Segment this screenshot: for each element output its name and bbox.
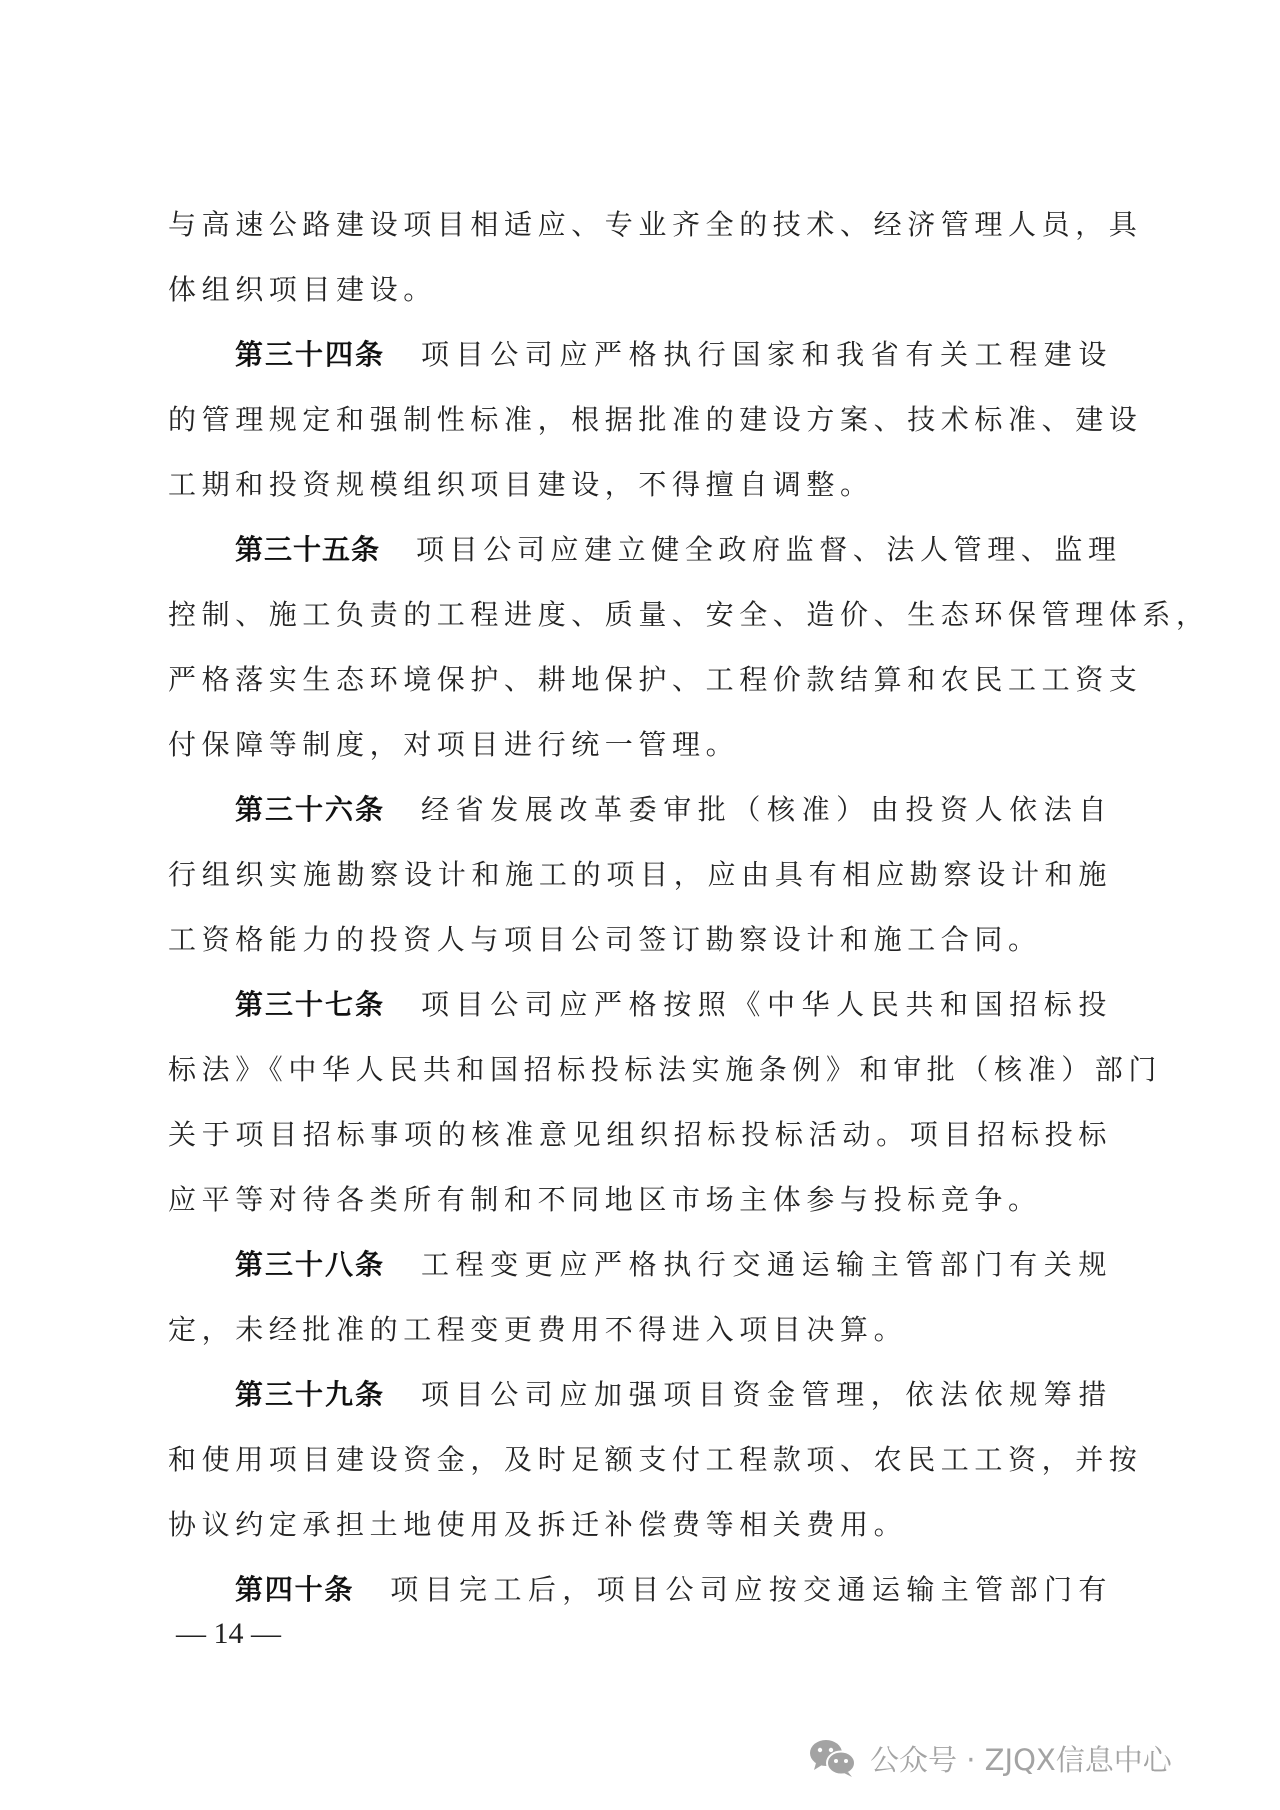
text-line: 关于项目招标事项的核准意见组织招标投标活动。项目招标投标	[168, 1102, 1112, 1167]
text-line: 标法》《中华人民共和国招标投标法实施条例》和审批（核准）部门	[168, 1037, 1112, 1102]
line-text: 体组织项目建设。	[168, 273, 437, 306]
article-number: 第三十五条	[235, 533, 380, 566]
page-number: — 14 —	[176, 1617, 281, 1651]
line-text: 应平等对待各类所有制和不同地区市场主体参与投标竞争。	[168, 1183, 1042, 1216]
article-number: 第三十七条	[235, 988, 385, 1021]
line-text: 项目公司应严格执行国家和我省有关工程建设	[421, 338, 1112, 371]
text-line: 体组织项目建设。	[168, 257, 1112, 322]
text-line: 严格落实生态环境保护、耕地保护、工程价款结算和农民工工资支	[168, 647, 1112, 712]
article-number: 第三十九条	[235, 1378, 385, 1411]
line-text: 项目公司应严格按照《中华人民共和国招标投	[421, 988, 1112, 1021]
article-number: 第四十条	[235, 1573, 354, 1606]
line-text: 的管理规定和强制性标准，根据批准的建设方案、技术标准、建设	[168, 403, 1142, 436]
line-text: 项目完工后，项目公司应按交通运输主管部门有	[390, 1573, 1112, 1606]
text-line: 和使用项目建设资金，及时足额支付工程款项、农民工工资，并按	[168, 1427, 1112, 1492]
text-line: 定，未经批准的工程变更费用不得进入项目决算。	[168, 1297, 1112, 1362]
line-text: 付保障等制度，对项目进行统一管理。	[168, 728, 739, 761]
line-text: 关于项目招标事项的核准意见组织招标投标活动。项目招标投标	[168, 1118, 1112, 1151]
text-line: 应平等对待各类所有制和不同地区市场主体参与投标竞争。	[168, 1167, 1112, 1232]
article-number: 第三十八条	[235, 1248, 385, 1281]
article-heading-line: 第三十八条工程变更应严格执行交通运输主管部门有关规	[168, 1232, 1112, 1297]
wechat-icon	[808, 1738, 858, 1778]
text-line: 行组织实施勘察设计和施工的项目，应由具有相应勘察设计和施	[168, 842, 1112, 907]
article-heading-line: 第三十五条项目公司应建立健全政府监督、法人管理、监理	[168, 517, 1112, 582]
text-line: 与高速公路建设项目相适应、专业齐全的技术、经济管理人员，具	[168, 192, 1112, 257]
line-text: 和使用项目建设资金，及时足额支付工程款项、农民工工资，并按	[168, 1443, 1142, 1476]
line-text: 项目公司应建立健全政府监督、法人管理、监理	[416, 533, 1122, 566]
article-number: 第三十四条	[235, 338, 385, 371]
line-text: 标法》《中华人民共和国招标投标法实施条例》和审批（核准）部门	[168, 1053, 1162, 1086]
text-line: 工期和投资规模组织项目建设，不得擅自调整。	[168, 452, 1112, 517]
article-heading-line: 第三十七条项目公司应严格按照《中华人民共和国招标投	[168, 972, 1112, 1037]
article-heading-line: 第三十六条经省发展改革委审批（核准）由投资人依法自	[168, 777, 1112, 842]
line-text: 工期和投资规模组织项目建设，不得擅自调整。	[168, 468, 874, 501]
line-text: 控制、施工负责的工程进度、质量、安全、造价、生态环保管理体系，	[168, 598, 1210, 631]
line-text: 与高速公路建设项目相适应、专业齐全的技术、经济管理人员，具	[168, 208, 1142, 241]
text-line: 协议约定承担土地使用及拆迁补偿费等相关费用。	[168, 1492, 1112, 1557]
line-text: 工程变更应严格执行交通运输主管部门有关规	[421, 1248, 1112, 1281]
line-text: 协议约定承担土地使用及拆迁补偿费等相关费用。	[168, 1508, 907, 1541]
text-line: 控制、施工负责的工程进度、质量、安全、造价、生态环保管理体系，	[168, 582, 1112, 647]
article-heading-line: 第四十条项目完工后，项目公司应按交通运输主管部门有	[168, 1557, 1112, 1622]
text-line: 的管理规定和强制性标准，根据批准的建设方案、技术标准、建设	[168, 387, 1112, 452]
document-body: 与高速公路建设项目相适应、专业齐全的技术、经济管理人员，具体组织项目建设。第三十…	[168, 192, 1112, 1622]
watermark-text: 公众号 · ZJQX信息中心	[870, 1738, 1172, 1779]
article-number: 第三十六条	[235, 793, 385, 826]
text-line: 工资格能力的投资人与项目公司签订勘察设计和施工合同。	[168, 907, 1112, 972]
line-text: 项目公司应加强项目资金管理，依法依规筹措	[421, 1378, 1112, 1411]
watermark: 公众号 · ZJQX信息中心	[808, 1738, 1172, 1778]
article-heading-line: 第三十四条项目公司应严格执行国家和我省有关工程建设	[168, 322, 1112, 387]
line-text: 行组织实施勘察设计和施工的项目，应由具有相应勘察设计和施	[168, 858, 1112, 891]
line-text: 经省发展改革委审批（核准）由投资人依法自	[421, 793, 1112, 826]
line-text: 工资格能力的投资人与项目公司签订勘察设计和施工合同。	[168, 923, 1042, 956]
article-heading-line: 第三十九条项目公司应加强项目资金管理，依法依规筹措	[168, 1362, 1112, 1427]
line-text: 定，未经批准的工程变更费用不得进入项目决算。	[168, 1313, 907, 1346]
text-line: 付保障等制度，对项目进行统一管理。	[168, 712, 1112, 777]
line-text: 严格落实生态环境保护、耕地保护、工程价款结算和农民工工资支	[168, 663, 1142, 696]
